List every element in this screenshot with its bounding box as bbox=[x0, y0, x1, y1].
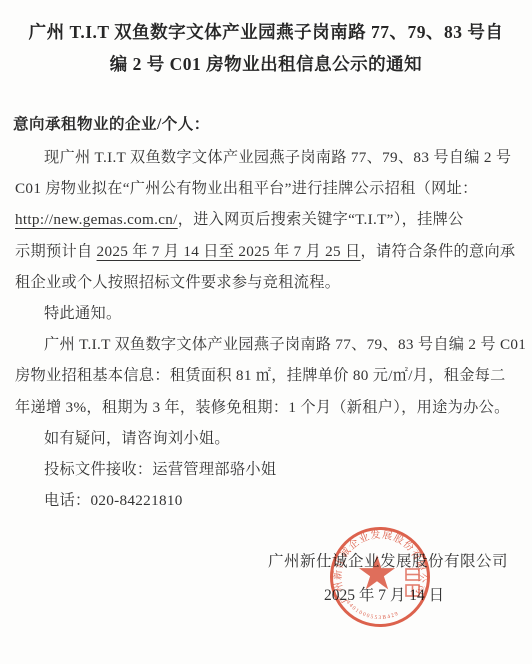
signature-date: 2025 年 7 月 14 日 bbox=[324, 583, 444, 605]
text-segment: ，请符合条件的意向承 bbox=[361, 243, 516, 260]
text-segment: 电话：020-84221810 bbox=[44, 492, 183, 509]
seal-ring bbox=[332, 529, 429, 626]
notice-body: 现广州 T.I.T 双鱼数字文体产业园燕子岗南路 77、79、83 号自编 2 … bbox=[15, 142, 520, 516]
body-line: C01 房物业拟在“广州公有物业出租平台”进行挂牌公示招租（网址： bbox=[15, 173, 520, 204]
body-line: 房物业招租基本信息：租赁面积 81 ㎡，挂牌单价 80 元/㎡/月，租金每二 bbox=[15, 360, 520, 391]
notice-title-line1: 广州 T.I.T 双鱼数字文体产业园燕子岗南路 77、79、83 号自 bbox=[6, 16, 526, 48]
text-segment: 示期预计自 bbox=[15, 243, 97, 260]
body-line: 租企业或个人按照招标文件要求参与竞租流程。 bbox=[15, 267, 520, 298]
body-line: http://new.gemas.com.cn/，进入网页后搜索关键字“T.I.… bbox=[15, 204, 520, 235]
text-segment: ，进入网页后搜索关键字“T.I.T”），挂牌公 bbox=[178, 211, 464, 228]
text-segment: 特此通知。 bbox=[44, 305, 121, 322]
text-segment: C01 房物业拟在“广州公有物业出租平台”进行挂牌公示招租（网址： bbox=[15, 180, 478, 197]
official-seal: 广州新仕诚企业发展股份有限公司 4401000553B429 bbox=[322, 519, 442, 639]
text-segment: 房物业招租基本信息：租赁面积 81 ㎡，挂牌单价 80 元/㎡/月，租金每二 bbox=[15, 367, 506, 384]
notice-document: 广州 T.I.T 双鱼数字文体产业园燕子岗南路 77、79、83 号自 编 2 … bbox=[0, 0, 532, 664]
text-segment: 年递增 3%，租期为 3 年，装修免租期：1 个月（新租户），用途为办公。 bbox=[15, 399, 510, 416]
body-line: 如有疑问，请咨询刘小姐。 bbox=[15, 423, 520, 454]
recipient-heading: 意向承租物业的企业/个人： bbox=[13, 112, 210, 134]
text-segment: 如有疑问，请咨询刘小姐。 bbox=[44, 430, 230, 447]
text-segment: 投标文件接收：运营管理部骆小姐 bbox=[44, 461, 276, 478]
body-line: 特此通知。 bbox=[15, 298, 520, 329]
company-name: 广州新仕诚企业发展股份有限公司 bbox=[268, 549, 508, 571]
platform-url[interactable]: http://new.gemas.com.cn/ bbox=[15, 211, 178, 228]
text-segment: 广州 T.I.T 双鱼数字文体产业园燕子岗南路 77、79、83 号自编 2 号… bbox=[44, 336, 526, 353]
body-line: 示期预计自 2025 年 7 月 14 日至 2025 年 7 月 25 日，请… bbox=[15, 236, 520, 267]
body-line: 年递增 3%，租期为 3 年，装修免租期：1 个月（新租户），用途为办公。 bbox=[15, 392, 520, 423]
notice-title-line2: 编 2 号 C01 房物业出租信息公示的通知 bbox=[6, 48, 526, 80]
listing-period: 2025 年 7 月 14 日至 2025 年 7 月 25 日 bbox=[97, 243, 361, 260]
body-line: 电话：020-84221810 bbox=[15, 485, 520, 516]
text-segment: 现广州 T.I.T 双鱼数字文体产业园燕子岗南路 77、79、83 号自编 2 … bbox=[44, 149, 511, 166]
body-line: 投标文件接收：运营管理部骆小姐 bbox=[15, 454, 520, 485]
body-line: 广州 T.I.T 双鱼数字文体产业园燕子岗南路 77、79、83 号自编 2 号… bbox=[15, 329, 520, 360]
body-line: 现广州 T.I.T 双鱼数字文体产业园燕子岗南路 77、79、83 号自编 2 … bbox=[15, 142, 520, 173]
text-segment: 租企业或个人按照招标文件要求参与竞租流程。 bbox=[15, 274, 340, 291]
notice-title: 广州 T.I.T 双鱼数字文体产业园燕子岗南路 77、79、83 号自 编 2 … bbox=[6, 16, 526, 80]
